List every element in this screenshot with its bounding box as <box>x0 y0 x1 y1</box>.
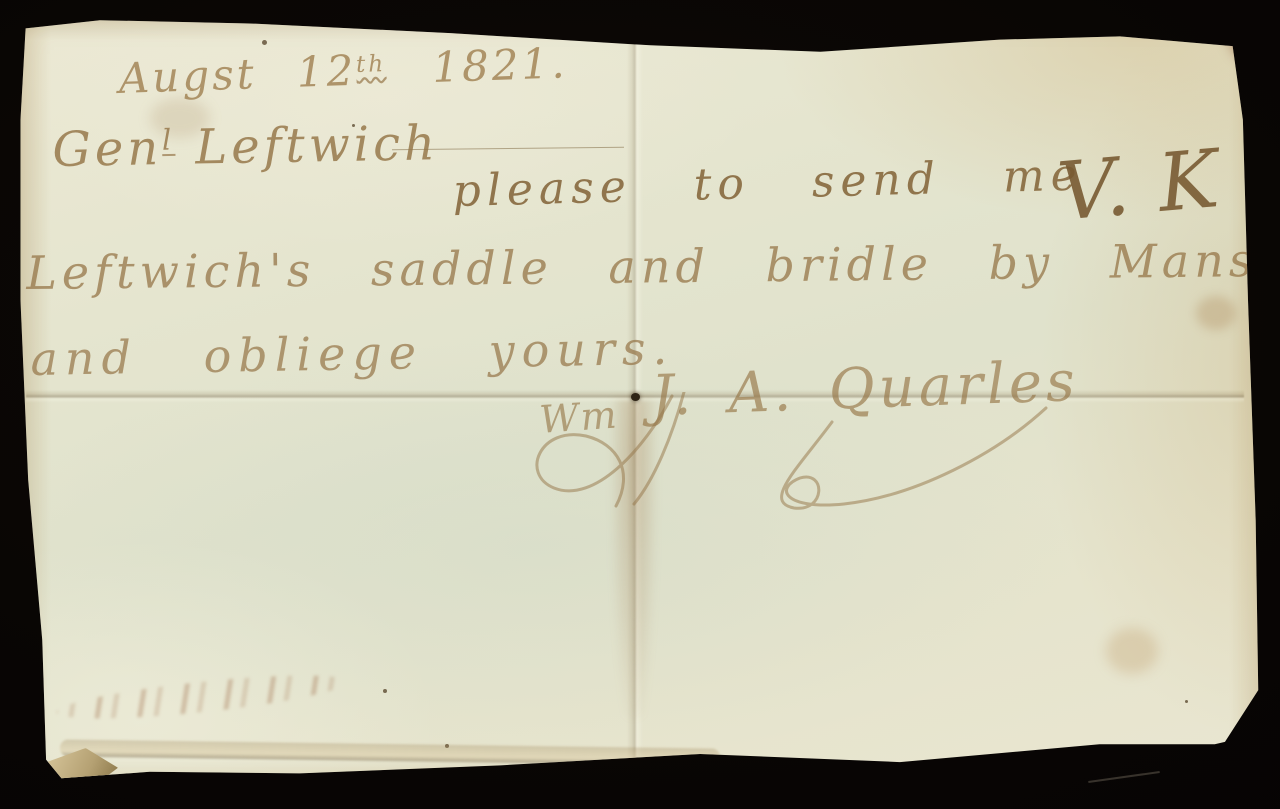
ink-speck <box>1185 700 1188 703</box>
salutation-prefix: Gen <box>52 120 163 178</box>
paper-sheet: Augst 12th1821. GenlLeftwich please to s… <box>0 0 1280 809</box>
ink-speck <box>756 32 760 36</box>
salutation-line: GenlLeftwich <box>52 115 439 178</box>
signature-flourish <box>522 392 1062 522</box>
body-line-1: please to send me <box>452 150 1083 217</box>
salutation-name: Leftwich <box>195 115 440 175</box>
date-ordinal-superscript: th <box>356 51 387 78</box>
bottom-edge-curl <box>60 739 720 765</box>
ink-speck <box>383 689 387 693</box>
ink-speck <box>262 40 267 45</box>
date-text: Augst 12 <box>118 46 357 103</box>
date-year: 1821. <box>431 38 568 92</box>
ink-speck <box>979 24 982 27</box>
body-line-3: and obliege yours. <box>30 321 675 386</box>
paper-stain <box>1228 8 1272 60</box>
body-line-2: Leftwich's saddle and bridle by Mansfiel… <box>26 232 1280 300</box>
ink-bleedthrough <box>55 667 349 727</box>
scan-background: Augst 12th1821. GenlLeftwich please to s… <box>0 0 1280 809</box>
date-line: Augst 12th1821. <box>118 38 568 103</box>
paper-stain <box>1196 296 1236 330</box>
surface-scratch <box>1088 771 1160 783</box>
salutation-superscript: l <box>162 122 176 156</box>
paper-stain <box>1106 628 1158 674</box>
recipient-initials: V. K <box>1054 132 1224 239</box>
